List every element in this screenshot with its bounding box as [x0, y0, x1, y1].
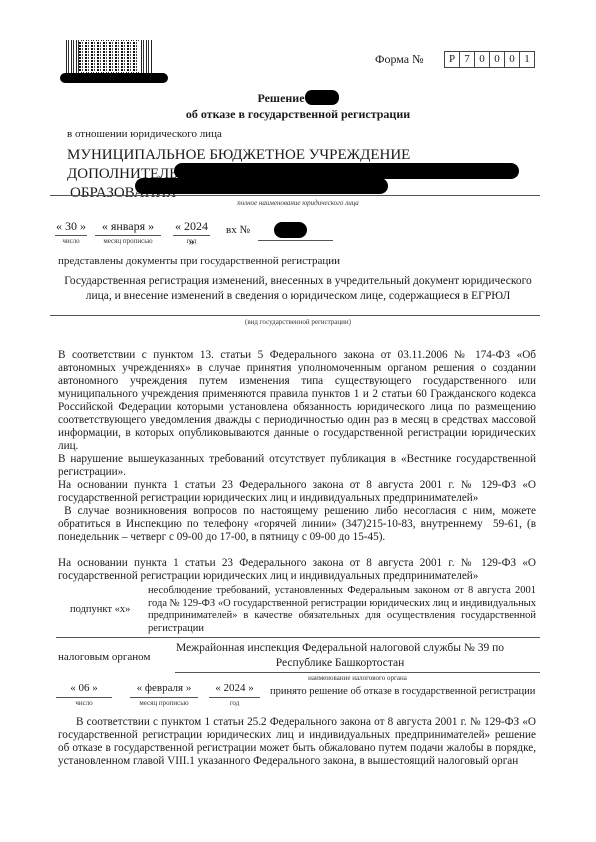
registration-type-line1: Государственная регистрация изменений, в…: [40, 274, 556, 289]
tax-authority-line2: Республике Башкортостан: [170, 656, 510, 671]
month-label: месяц прописью: [130, 699, 198, 707]
entity-intro: в отношении юридического лица: [67, 128, 222, 140]
subpoint-label: подпункт «х»: [70, 604, 130, 615]
submission-month: « января »: [95, 219, 161, 234]
redacted-entity-name: [174, 163, 519, 179]
form-number-char: 0: [505, 52, 520, 67]
day-label: число: [56, 699, 112, 707]
redacted-incoming-number: [274, 222, 307, 238]
barcode-image: [66, 40, 152, 73]
registration-type-line2: лица, и внесение изменений в сведения о …: [40, 289, 556, 304]
year-label: год: [173, 237, 210, 245]
document-subtitle: об отказе в государственной регистрации: [0, 107, 596, 122]
document-title: Решение: [0, 90, 596, 106]
form-number-char: 7: [460, 52, 475, 67]
body-text: В соответствии с пунктом 13. статьи 5 Фе…: [58, 349, 536, 544]
registration-caption: (вид государственной регистрации): [0, 318, 596, 326]
form-number-char: 0: [490, 52, 505, 67]
decision-text: принято решение об отказе в государствен…: [270, 686, 535, 697]
body-paragraph: В нарушение вышеуказанных требований отс…: [58, 453, 536, 479]
decision-month: « февраля »: [130, 682, 198, 694]
form-number-label: Форма №: [375, 52, 424, 67]
basis-paragraph: На основании пункта 1 статьи 23 Федераль…: [58, 557, 536, 583]
form-number-char: Р: [445, 52, 460, 67]
body-paragraph: В соответствии с пунктом 13. статьи 5 Фе…: [58, 349, 536, 453]
body-paragraph: В случае возникновения вопросов по насто…: [58, 505, 536, 544]
entity-caption: полное наименование юридического лица: [0, 199, 596, 207]
submission-day: « 30 »: [55, 219, 87, 234]
title-text: Решение: [257, 91, 304, 105]
registration-intro: представлены документы при государственн…: [58, 255, 340, 267]
subpoint-text: несоблюдение требований, установленных Ф…: [148, 585, 536, 635]
tax-authority-label: налоговым органом: [58, 651, 150, 663]
redacted-barcode-number: [60, 73, 168, 83]
appeal-paragraph: В соответствии с пунктом 1 статьи 25.2 Ф…: [58, 716, 536, 768]
incoming-number-label: вх №: [226, 224, 250, 236]
tax-authority-caption: наименование налогового органа: [175, 674, 540, 682]
year-label: год: [209, 699, 260, 707]
body-paragraph: На основании пункта 1 статьи 23 Федераль…: [58, 479, 536, 505]
form-number-boxes: Р 7 0 0 0 1: [444, 51, 535, 68]
registration-type: Государственная регистрация изменений, в…: [40, 274, 556, 304]
decision-day: « 06 »: [56, 682, 112, 694]
redacted-entity-name: [135, 178, 388, 194]
tax-authority-name: Межрайонная инспекция Федеральной налого…: [170, 641, 510, 671]
form-number-char: 1: [520, 52, 534, 67]
decision-year: « 2024 »: [209, 682, 260, 694]
day-label: число: [55, 237, 87, 245]
redacted-decision-number: [305, 90, 339, 105]
form-number-char: 0: [475, 52, 490, 67]
tax-authority-line1: Межрайонная инспекция Федеральной налого…: [170, 641, 510, 656]
month-label: месяц прописью: [95, 237, 161, 245]
